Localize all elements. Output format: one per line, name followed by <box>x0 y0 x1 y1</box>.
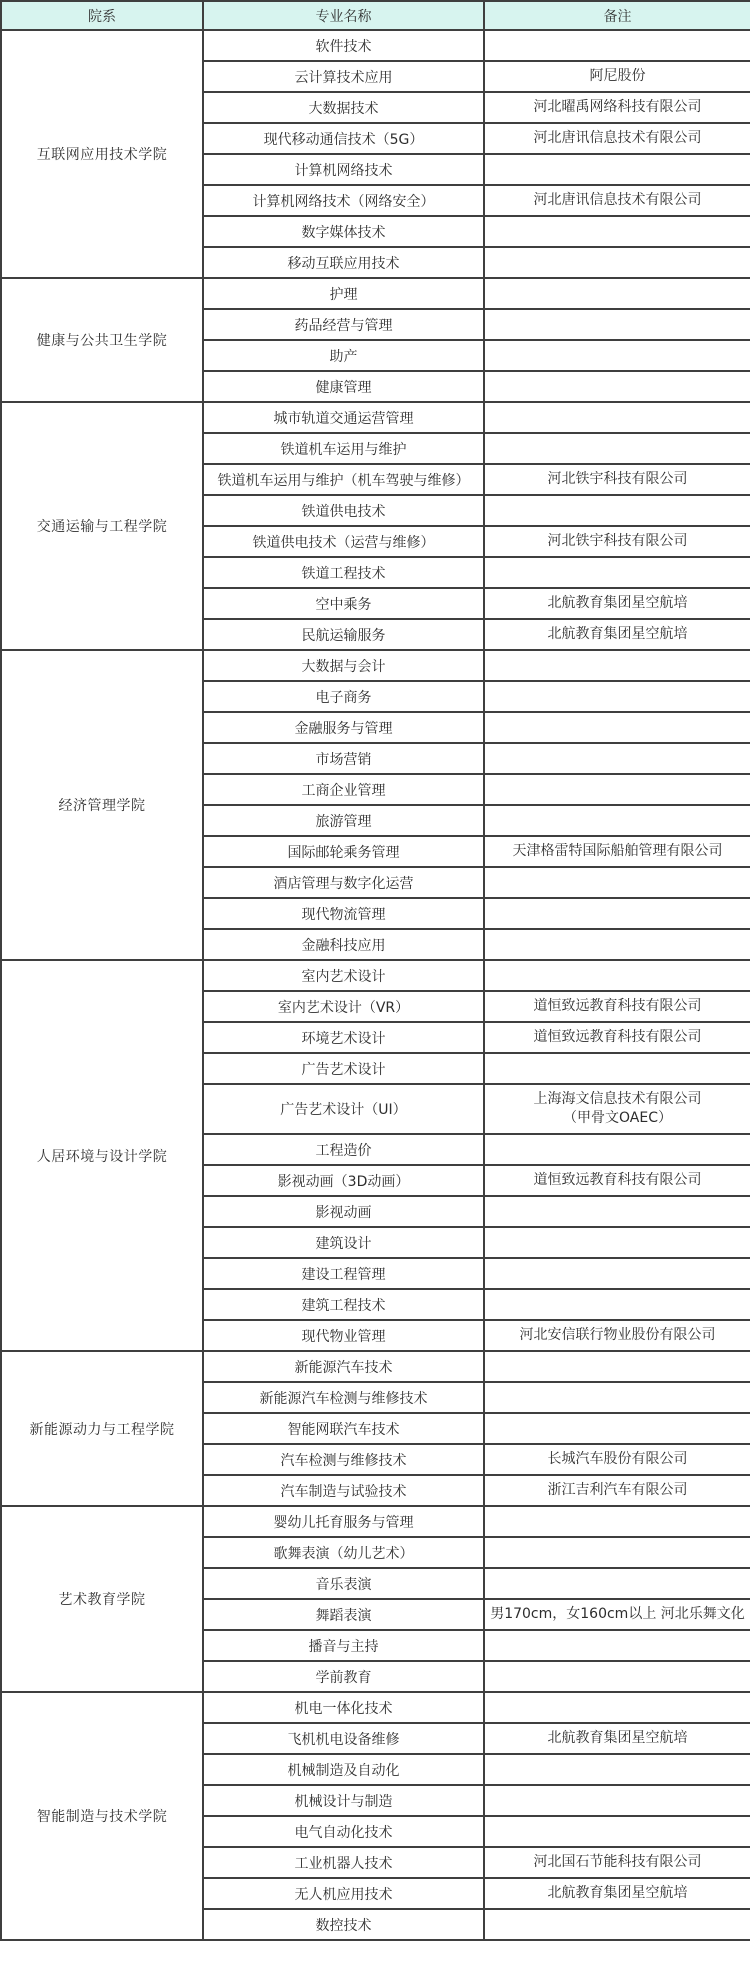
major-cell: 市场营销 <box>203 743 484 774</box>
note-cell: 北航教育集团星空航培 <box>484 1723 750 1754</box>
major-cell: 旅游管理 <box>203 805 484 836</box>
header-cell-major: 专业名称 <box>203 1 484 30</box>
note-cell: 上海海文信息技术有限公司 （甲骨文OAEC） <box>484 1084 750 1134</box>
major-cell: 软件技术 <box>203 30 484 61</box>
major-cell: 大数据技术 <box>203 92 484 123</box>
major-cell: 现代物流管理 <box>203 898 484 929</box>
note-cell <box>484 650 750 681</box>
note-cell: 河北唐讯信息技术有限公司 <box>484 185 750 216</box>
note-cell <box>484 402 750 433</box>
header-row: 院系 专业名称 备注 <box>1 1 750 30</box>
note-cell <box>484 557 750 588</box>
note-cell <box>484 1227 750 1258</box>
major-cell: 现代物业管理 <box>203 1320 484 1351</box>
major-cell: 酒店管理与数字化运营 <box>203 867 484 898</box>
note-cell <box>484 1382 750 1413</box>
major-cell: 机电一体化技术 <box>203 1692 484 1723</box>
note-cell <box>484 1196 750 1227</box>
major-cell: 移动互联应用技术 <box>203 247 484 278</box>
note-cell: 道恒致远教育科技有限公司 <box>484 1022 750 1053</box>
major-cell: 城市轨道交通运营管理 <box>203 402 484 433</box>
major-cell: 新能源汽车技术 <box>203 1351 484 1382</box>
major-cell: 广告艺术设计（UI） <box>203 1084 484 1134</box>
note-cell <box>484 1785 750 1816</box>
major-cell: 环境艺术设计 <box>203 1022 484 1053</box>
note-cell <box>484 1537 750 1568</box>
major-cell: 舞蹈表演 <box>203 1599 484 1630</box>
major-cell: 播音与主持 <box>203 1630 484 1661</box>
note-cell <box>484 216 750 247</box>
major-cell: 计算机网络技术（网络安全） <box>203 185 484 216</box>
note-cell <box>484 1754 750 1785</box>
department-cell: 新能源动力与工程学院 <box>1 1351 203 1506</box>
note-cell: 河北国石节能科技有限公司 <box>484 1847 750 1878</box>
major-cell: 无人机应用技术 <box>203 1878 484 1909</box>
note-cell: 道恒致远教育科技有限公司 <box>484 1165 750 1196</box>
major-cell: 机械设计与制造 <box>203 1785 484 1816</box>
major-cell: 工商企业管理 <box>203 774 484 805</box>
note-cell <box>484 1258 750 1289</box>
note-cell <box>484 805 750 836</box>
department-cell: 健康与公共卫生学院 <box>1 278 203 402</box>
note-cell <box>484 1413 750 1444</box>
note-cell: 天津格雷特国际船舶管理有限公司 <box>484 836 750 867</box>
note-cell <box>484 433 750 464</box>
note-cell <box>484 1909 750 1940</box>
major-cell: 金融服务与管理 <box>203 712 484 743</box>
note-cell <box>484 681 750 712</box>
major-cell: 云计算技术应用 <box>203 61 484 92</box>
major-cell: 室内艺术设计（VR） <box>203 991 484 1022</box>
note-cell <box>484 1816 750 1847</box>
note-cell <box>484 743 750 774</box>
major-cell: 铁道机车运用与维护（机车驾驶与维修） <box>203 464 484 495</box>
major-cell: 电气自动化技术 <box>203 1816 484 1847</box>
major-cell: 金融科技应用 <box>203 929 484 960</box>
major-cell: 空中乘务 <box>203 588 484 619</box>
major-cell: 现代移动通信技术（5G） <box>203 123 484 154</box>
major-cell: 电子商务 <box>203 681 484 712</box>
table-row: 经济管理学院大数据与会计 <box>1 650 750 681</box>
major-cell: 护理 <box>203 278 484 309</box>
major-cell: 铁道供电技术（运营与维修） <box>203 526 484 557</box>
major-cell: 国际邮轮乘务管理 <box>203 836 484 867</box>
note-cell: 浙江吉利汽车有限公司 <box>484 1475 750 1506</box>
header-cell-department: 院系 <box>1 1 203 30</box>
major-cell: 影视动画（3D动画） <box>203 1165 484 1196</box>
major-cell: 计算机网络技术 <box>203 154 484 185</box>
note-cell <box>484 1134 750 1165</box>
table-row: 智能制造与技术学院机电一体化技术 <box>1 1692 750 1723</box>
table-row: 艺术教育学院婴幼儿托育服务与管理 <box>1 1506 750 1537</box>
note-cell <box>484 712 750 743</box>
major-cell: 汽车制造与试验技术 <box>203 1475 484 1506</box>
major-cell: 大数据与会计 <box>203 650 484 681</box>
note-cell: 北航教育集团星空航培 <box>484 619 750 650</box>
note-cell: 阿尼股份 <box>484 61 750 92</box>
major-cell: 数控技术 <box>203 1909 484 1940</box>
note-cell: 河北唐讯信息技术有限公司 <box>484 123 750 154</box>
major-cell: 婴幼儿托育服务与管理 <box>203 1506 484 1537</box>
major-cell: 铁道工程技术 <box>203 557 484 588</box>
major-cell: 建筑工程技术 <box>203 1289 484 1320</box>
majors-table-body: 互联网应用技术学院软件技术云计算技术应用阿尼股份大数据技术河北曜禹网络科技有限公… <box>1 30 750 1940</box>
department-cell: 智能制造与技术学院 <box>1 1692 203 1940</box>
note-cell <box>484 371 750 402</box>
table-row: 健康与公共卫生学院护理 <box>1 278 750 309</box>
table-row: 人居环境与设计学院室内艺术设计 <box>1 960 750 991</box>
note-cell <box>484 1506 750 1537</box>
note-cell <box>484 1053 750 1084</box>
major-cell: 工业机器人技术 <box>203 1847 484 1878</box>
note-cell <box>484 1568 750 1599</box>
major-cell: 影视动画 <box>203 1196 484 1227</box>
major-cell: 机械制造及自动化 <box>203 1754 484 1785</box>
major-cell: 健康管理 <box>203 371 484 402</box>
note-cell <box>484 1289 750 1320</box>
note-cell: 男170cm，女160cm以上 河北乐舞文化 <box>484 1599 750 1630</box>
majors-table: 院系 专业名称 备注 互联网应用技术学院软件技术云计算技术应用阿尼股份大数据技术… <box>0 0 750 1941</box>
note-cell: 河北曜禹网络科技有限公司 <box>484 92 750 123</box>
note-cell <box>484 898 750 929</box>
note-cell: 河北安信联行物业股份有限公司 <box>484 1320 750 1351</box>
department-cell: 互联网应用技术学院 <box>1 30 203 278</box>
major-cell: 音乐表演 <box>203 1568 484 1599</box>
major-cell: 铁道供电技术 <box>203 495 484 526</box>
note-cell: 道恒致远教育科技有限公司 <box>484 991 750 1022</box>
major-cell: 建设工程管理 <box>203 1258 484 1289</box>
major-cell: 学前教育 <box>203 1661 484 1692</box>
major-cell: 飞机机电设备维修 <box>203 1723 484 1754</box>
table-row: 新能源动力与工程学院新能源汽车技术 <box>1 1351 750 1382</box>
major-cell: 汽车检测与维修技术 <box>203 1444 484 1475</box>
note-cell <box>484 929 750 960</box>
department-cell: 人居环境与设计学院 <box>1 960 203 1351</box>
note-cell: 北航教育集团星空航培 <box>484 1878 750 1909</box>
note-cell <box>484 1630 750 1661</box>
major-cell: 智能网联汽车技术 <box>203 1413 484 1444</box>
major-cell: 民航运输服务 <box>203 619 484 650</box>
note-cell <box>484 154 750 185</box>
note-cell: 长城汽车股份有限公司 <box>484 1444 750 1475</box>
department-cell: 经济管理学院 <box>1 650 203 960</box>
majors-table-header: 院系 专业名称 备注 <box>1 1 750 30</box>
note-cell <box>484 960 750 991</box>
major-cell: 工程造价 <box>203 1134 484 1165</box>
table-row: 交通运输与工程学院城市轨道交通运营管理 <box>1 402 750 433</box>
table-row: 互联网应用技术学院软件技术 <box>1 30 750 61</box>
major-cell: 新能源汽车检测与维修技术 <box>203 1382 484 1413</box>
header-cell-note: 备注 <box>484 1 750 30</box>
note-cell <box>484 495 750 526</box>
note-cell <box>484 340 750 371</box>
note-cell <box>484 309 750 340</box>
note-cell: 河北铁宇科技有限公司 <box>484 526 750 557</box>
major-cell: 助产 <box>203 340 484 371</box>
note-cell <box>484 774 750 805</box>
department-cell: 交通运输与工程学院 <box>1 402 203 650</box>
note-cell <box>484 1661 750 1692</box>
major-cell: 药品经营与管理 <box>203 309 484 340</box>
note-cell <box>484 30 750 61</box>
note-cell <box>484 1692 750 1723</box>
major-cell: 数字媒体技术 <box>203 216 484 247</box>
department-cell: 艺术教育学院 <box>1 1506 203 1692</box>
note-cell <box>484 247 750 278</box>
major-cell: 广告艺术设计 <box>203 1053 484 1084</box>
note-cell <box>484 278 750 309</box>
note-cell <box>484 1351 750 1382</box>
note-cell: 北航教育集团星空航培 <box>484 588 750 619</box>
note-cell <box>484 867 750 898</box>
major-cell: 歌舞表演（幼儿艺术） <box>203 1537 484 1568</box>
note-cell: 河北铁宇科技有限公司 <box>484 464 750 495</box>
page: 院系 专业名称 备注 互联网应用技术学院软件技术云计算技术应用阿尼股份大数据技术… <box>0 0 750 1941</box>
major-cell: 室内艺术设计 <box>203 960 484 991</box>
major-cell: 铁道机车运用与维护 <box>203 433 484 464</box>
major-cell: 建筑设计 <box>203 1227 484 1258</box>
